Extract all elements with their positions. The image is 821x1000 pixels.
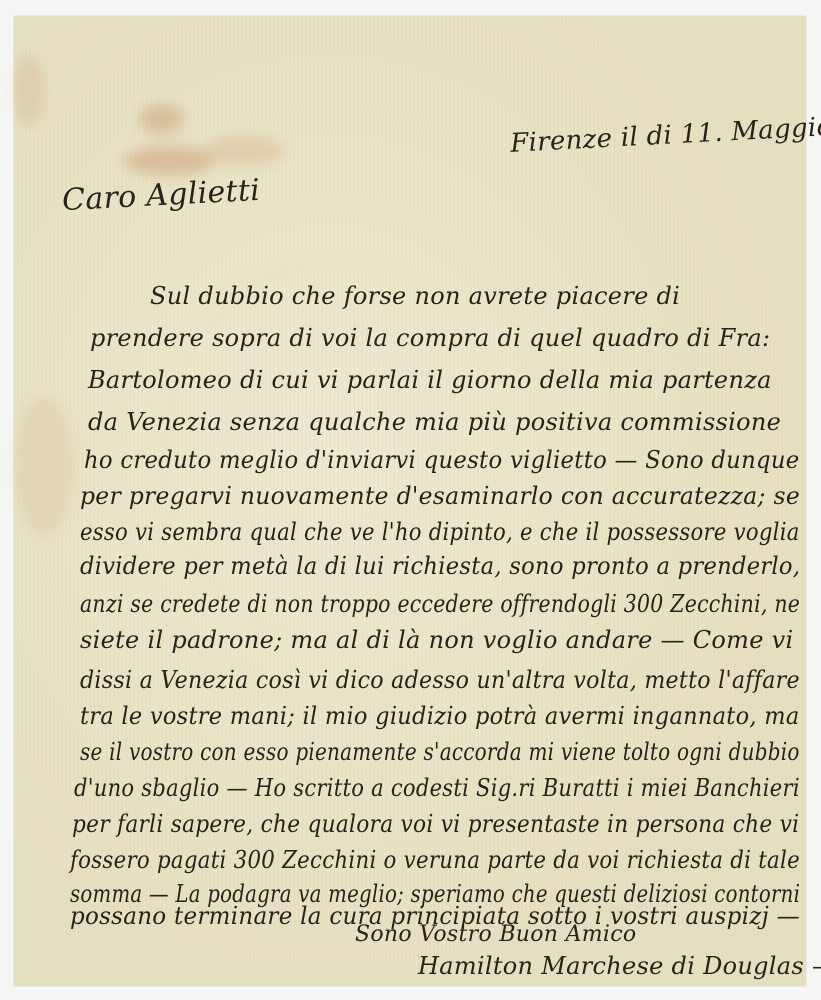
closing: Sono Vostro Buon Amico: [355, 922, 636, 947]
stain: [204, 136, 284, 166]
body-line: anzi se credete di non troppo eccedere o…: [80, 590, 800, 618]
body-line: Bartolomeo di cui vi parlai il giorno de…: [88, 366, 772, 394]
stain: [124, 146, 214, 176]
body-line: da Venezia senza qualche mia più positiv…: [88, 408, 781, 436]
body-line: dissi a Venezia così vi dico adesso un'a…: [80, 666, 800, 694]
stain: [139, 104, 184, 134]
body-line: ho creduto meglio d'inviarvi questo vigl…: [84, 446, 800, 474]
signature: Hamilton Marchese di Douglas —: [418, 952, 821, 980]
body-line: prendere sopra di voi la compra di quel …: [90, 324, 770, 352]
body-line: se il vostro con esso pienamente s'accor…: [80, 738, 800, 766]
body-line: d'uno sbaglio — Ho scritto a codesti Sig…: [74, 774, 800, 802]
body-line: per farli sapere, che qualora voi vi pre…: [72, 810, 799, 838]
body-line: per pregarvi nuovamente d'esaminarlo con…: [80, 482, 800, 510]
body-line: Sul dubbio che forse non avrete piacere …: [150, 282, 680, 310]
body-line: dividere per metà la di lui richiesta, s…: [80, 552, 800, 580]
stain: [14, 56, 44, 126]
stain: [14, 396, 74, 536]
body-line: tra le vostre mani; il mio giudizio potr…: [80, 702, 800, 730]
body-line: fossero pagati 300 Zecchini o veruna par…: [70, 846, 800, 874]
body-line: esso vi sembra qual che ve l'ho dipinto,…: [80, 518, 800, 546]
body-line: siete il padrone; ma al di là non voglio…: [80, 626, 793, 654]
